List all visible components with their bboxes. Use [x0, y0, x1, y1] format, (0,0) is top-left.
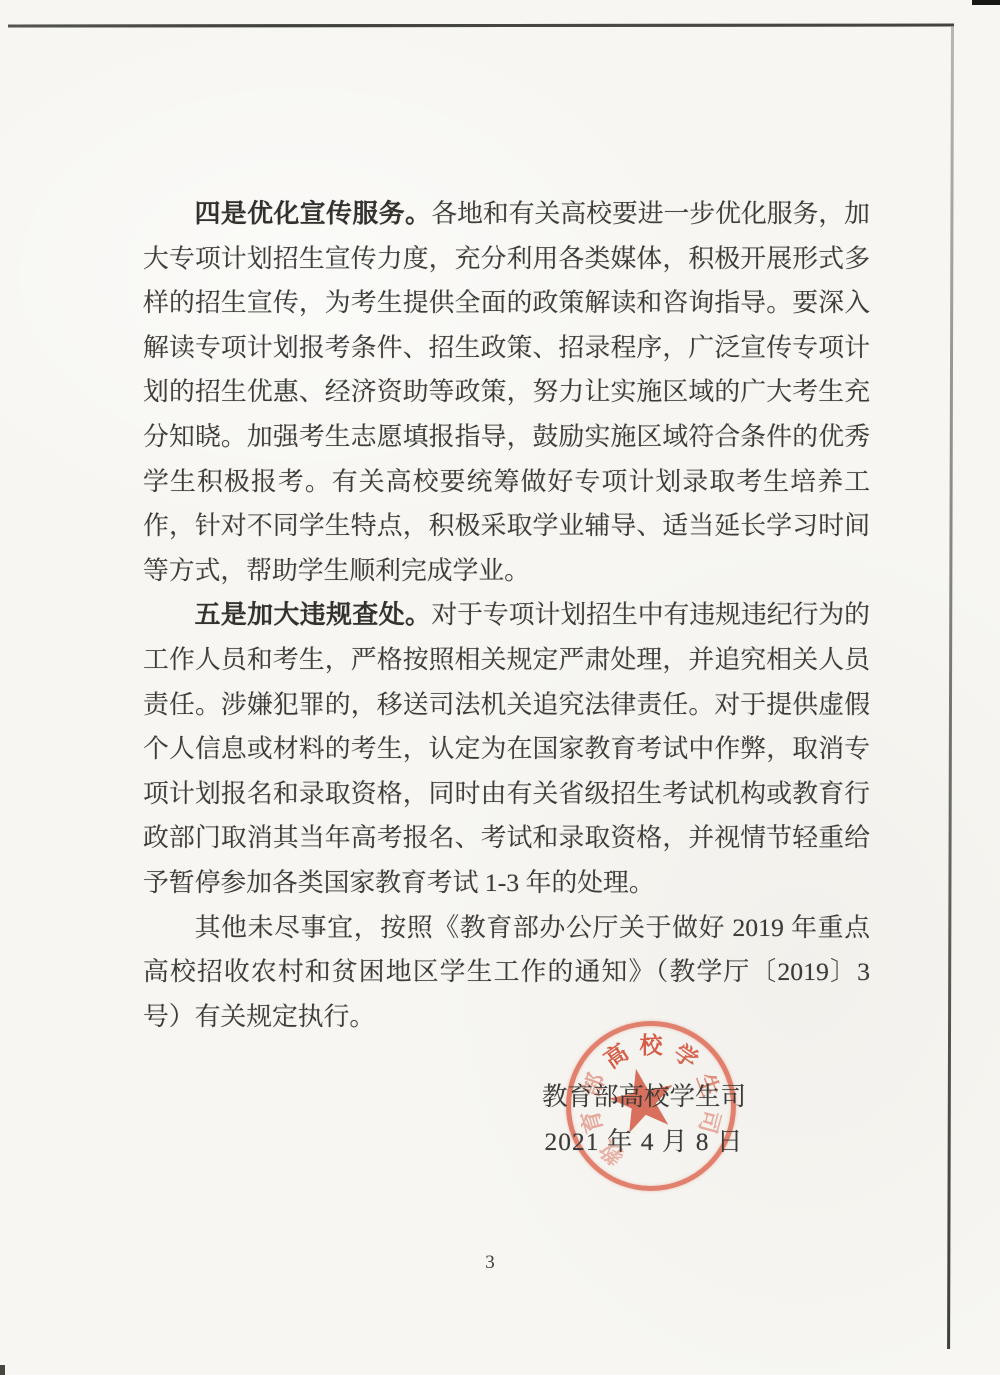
scanned-document-page: 四是优化宣传服务。各地和有关高校要进一步优化服务，加大专项计划招生宣传力度，充分… [0, 0, 1000, 1375]
paragraph-4-optimize-publicity: 四是优化宣传服务。各地和有关高校要进一步优化服务，加大专项计划招生宣传力度，充分… [143, 192, 870, 593]
paragraph-5-violation-handling: 五是加大违规查处。对于专项计划招生中有违规违纪行为的工作人员和考生，严格按照相关… [143, 593, 870, 905]
paragraph-lead: 四是优化宣传服务。 [195, 200, 432, 228]
paragraph-text: 对于专项计划招生中有违规违纪行为的工作人员和考生，严格按照相关规定严肃处理，并追… [143, 600, 870, 897]
signature-department: 教育部高校学生司 [494, 1077, 794, 1113]
paragraph-text: 其他未尽事宜，按照《教育部办公厅关于做好 2019 年重点高校招收农村和贫困地区… [143, 913, 870, 1031]
scan-artifact-bottom-left-mark [0, 1365, 5, 1375]
scan-artifact-top-line [8, 24, 954, 28]
paragraph-other-matters: 其他未尽事宜，按照《教育部办公厅关于做好 2019 年重点高校招收农村和贫困地区… [143, 906, 870, 1040]
document-body: 四是优化宣传服务。各地和有关高校要进一步优化服务，加大专项计划招生宣传力度，充分… [143, 192, 870, 1039]
seal-arc-character: 校 [638, 1030, 664, 1056]
scan-artifact-top-right-mark [972, 0, 1000, 5]
paragraph-lead: 五是加大违规查处。 [195, 601, 432, 629]
scan-artifact-page-edge-line [947, 27, 954, 1349]
page-number: 3 [476, 1252, 504, 1274]
signature-date: 2021 年 4 月 8 日 [494, 1122, 794, 1158]
paragraph-text: 各地和有关高校要进一步优化服务，加大专项计划招生宣传力度，充分利用各类媒体，积极… [143, 199, 870, 585]
